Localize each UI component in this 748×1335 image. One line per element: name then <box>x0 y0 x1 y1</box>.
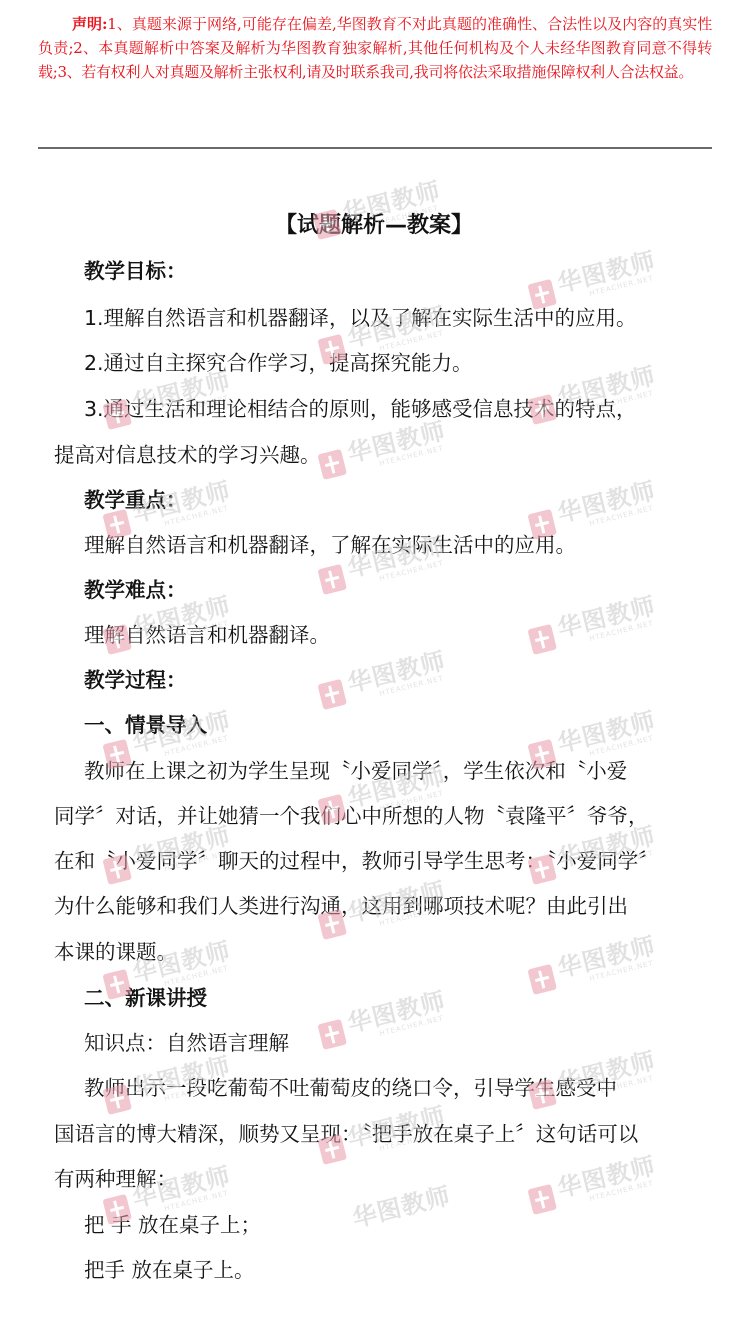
knowledge-point: 知识点：自然语言理解 <box>84 1028 289 1058</box>
disclaimer-text: 1、真题来源于网络,可能存在偏差,华图教育不对此真题的准确性、合法性以及内容的真… <box>38 15 712 81</box>
example-interpretation-1: 把 手 放在桌子上； <box>84 1210 261 1240</box>
section-1-heading: 一、情景导入 <box>84 710 207 740</box>
watermark-logo-icon <box>317 1019 347 1050</box>
watermark-logo-icon <box>527 1184 557 1215</box>
objective-2: 2.通过自主探究合作学习，提高探究能力。 <box>84 348 473 378</box>
paragraph-lesson-line-3: 有两种理解： <box>54 1164 177 1194</box>
heading-difficult-points: 教学难点： <box>84 575 187 605</box>
copyright-disclaimer: 声明:1、真题来源于网络,可能存在偏差,华图教育不对此真题的准确性、合法性以及内… <box>38 12 712 84</box>
paragraph-intro-line-2: 同学〞对话，并让她猜一个我们心中所想的人物〝袁隆平〞爷爷， <box>54 801 649 831</box>
watermark: 华图教师HTEACHER.NET <box>315 639 473 724</box>
watermark: 华图教师HTEACHER.NET <box>525 584 683 669</box>
watermark: 华图教师HTEACHER.NET <box>525 1144 683 1229</box>
disclaimer-lead: 声明: <box>72 15 107 33</box>
paragraph-lesson-line-2: 国语言的博大精深，顺势又呈现：〝把手放在桌子上〞这句话可以 <box>54 1119 638 1149</box>
watermark-logo-icon <box>527 624 557 655</box>
key-point-text: 理解自然语言和机器翻译，了解在实际生活中的应用。 <box>84 530 576 560</box>
watermark: 华图教师HTEACHER.NET <box>315 979 473 1064</box>
difficult-point-text: 理解自然语言和机器翻译。 <box>84 620 330 650</box>
header-divider <box>38 147 712 149</box>
heading-key-points: 教学重点： <box>84 485 187 515</box>
document-page: 声明:1、真题来源于网络,可能存在偏差,华图教育不对此真题的准确性、合法性以及内… <box>0 0 748 1335</box>
paragraph-lesson-line-1: 教师出示一段吃葡萄不吐葡萄皮的绕口令，引导学生感受中 <box>84 1073 617 1103</box>
paragraph-intro-line-5: 本课的课题。 <box>54 937 177 967</box>
paragraph-intro-line-3: 在和〝小爱同学〞聊天的过程中，教师引导学生思考：〝小爱同学〞 <box>54 846 659 876</box>
watermark: 华图教师HTEACHER.NET <box>525 924 683 1009</box>
heading-teaching-objectives: 教学目标： <box>84 256 187 286</box>
paragraph-intro-line-1: 教师在上课之初为学生呈现〝小爱同学〞，学生依次和〝小爱 <box>84 756 627 786</box>
watermark-logo-icon <box>527 964 557 995</box>
watermark-logo-icon <box>317 564 347 595</box>
section-2-heading: 二、新课讲授 <box>84 983 207 1013</box>
paragraph-intro-line-4: 为什么能够和我们人类进行沟通，这用到哪项技术呢？由此引出 <box>54 891 628 921</box>
watermark-logo-icon <box>317 679 347 710</box>
watermark: 华图教师 <box>320 1174 478 1259</box>
watermark-logo-icon <box>317 449 347 480</box>
example-interpretation-2: 把手 放在桌子上。 <box>84 1255 255 1285</box>
objective-3-cont: 提高对信息技术的学习兴趣。 <box>54 440 321 470</box>
objective-1: 1.理解自然语言和机器翻译，以及了解在实际生活中的应用。 <box>84 303 637 333</box>
objective-3: 3.通过生活和理论相结合的原则，能够感受信息技术的特点， <box>84 394 637 424</box>
heading-teaching-process: 教学过程： <box>84 665 187 695</box>
document-title: 【试题解析—教案】 <box>0 211 748 241</box>
